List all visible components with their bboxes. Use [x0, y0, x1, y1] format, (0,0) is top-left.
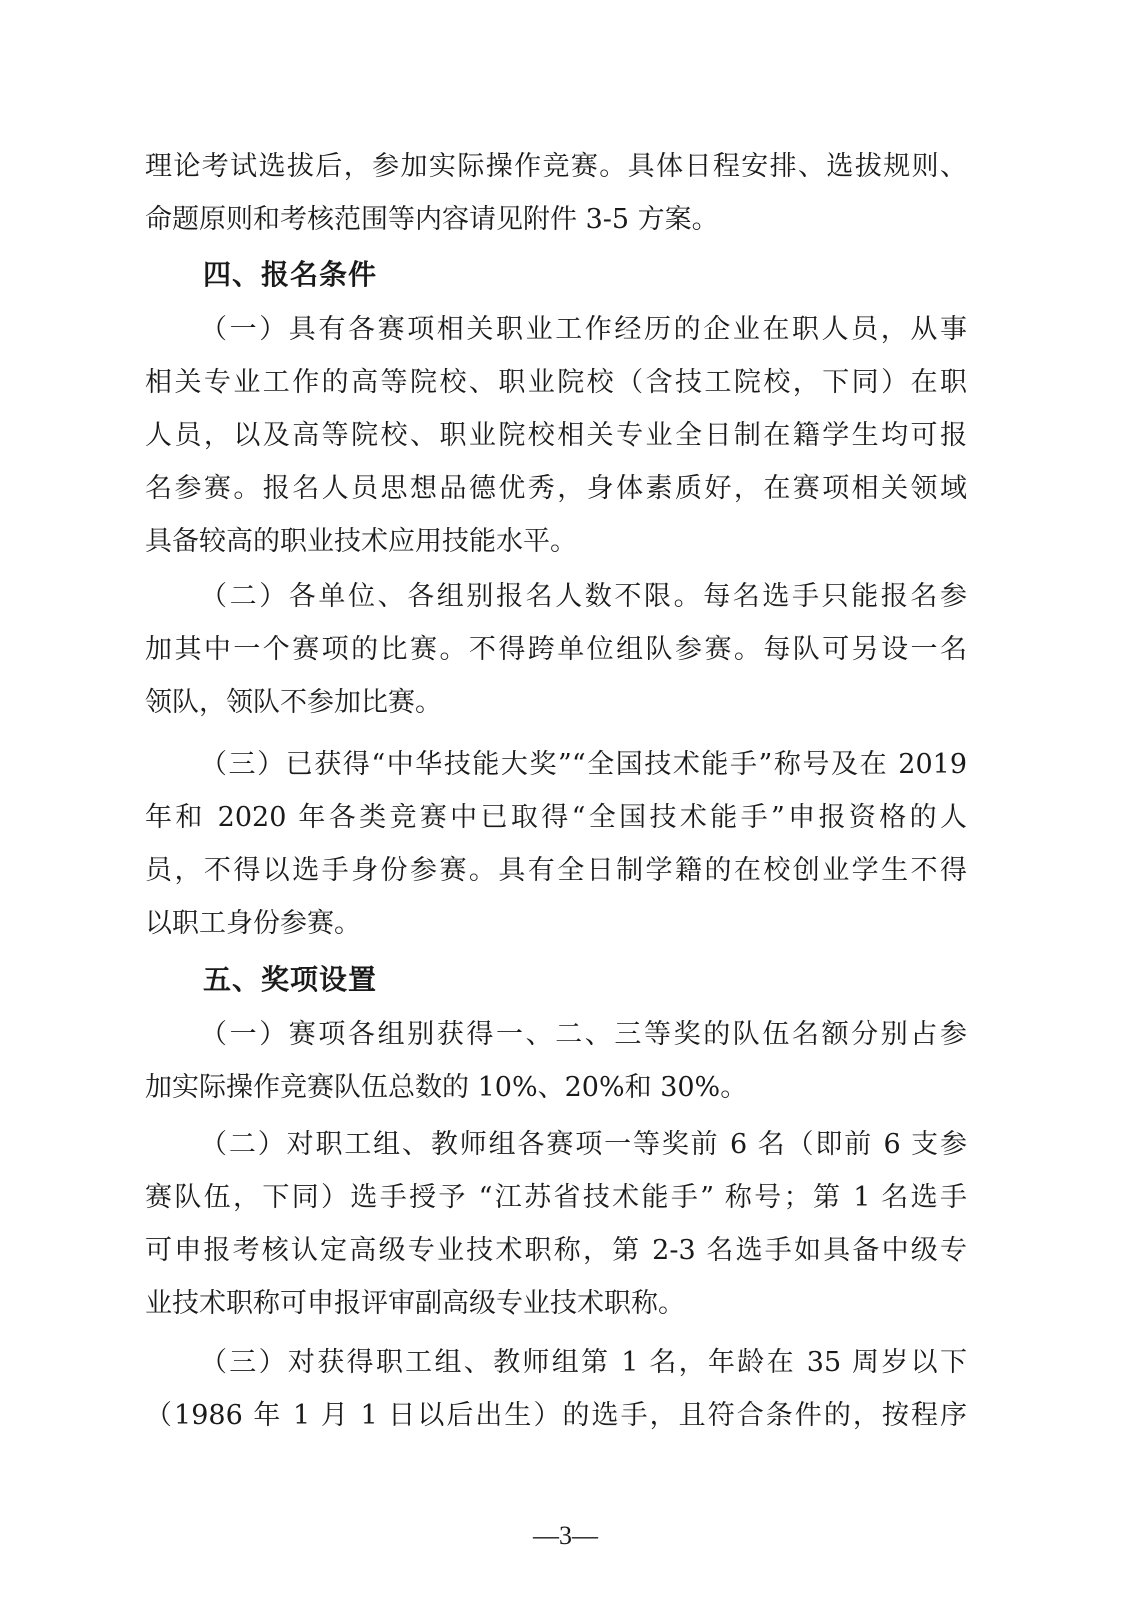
paragraph-line: 以职工身份参赛。 [145, 904, 967, 944]
paragraph-first-line: （三）对获得职工组、教师组第 1 名，年龄在 35 周岁以下 [200, 1343, 967, 1383]
paragraph-line: 命题原则和考核范围等内容请见附件 3-5 方案。 [145, 200, 967, 240]
paragraph-line: 相关专业工作的高等院校、职业院校（含技工院校，下同）在职 [145, 363, 967, 403]
paragraph-line: 人员，以及高等院校、职业院校相关专业全日制在籍学生均可报 [145, 416, 967, 456]
paragraph-first-line: （二）对职工组、教师组各赛项一等奖前 6 名（即前 6 支参 [200, 1125, 967, 1165]
paragraph-first-line: （一）赛项各组别获得一、二、三等奖的队伍名额分别占参 [200, 1015, 967, 1055]
paragraph-first-line: （一）具有各赛项相关职业工作经历的企业在职人员，从事 [200, 310, 967, 350]
paragraph-line: 员，不得以选手身份参赛。具有全日制学籍的在校创业学生不得 [145, 851, 967, 891]
paragraph-line: 加实际操作竞赛队伍总数的 10%、20%和 30%。 [145, 1068, 967, 1108]
paragraph-line: 具备较高的职业技术应用技能水平。 [145, 522, 967, 562]
paragraph-line: 名参赛。报名人员思想品德优秀，身体素质好，在赛项相关领域 [145, 469, 967, 509]
paragraph-line: 理论考试选拔后，参加实际操作竞赛。具体日程安排、选拔规则、 [145, 147, 967, 187]
paragraph-line: 领队，领队不参加比赛。 [145, 683, 967, 723]
paragraph-line: 业技术职称可申报评审副高级专业技术职称。 [145, 1284, 967, 1324]
paragraph-line: 可申报考核认定高级专业技术职称，第 2-3 名选手如具备中级专 [145, 1231, 967, 1271]
section-heading: 五、奖项设置 [203, 960, 377, 1000]
paragraph-first-line: （三）已获得“中华技能大奖”“全国技术能手”称号及在 2019 [200, 745, 967, 785]
section-heading: 四、报名条件 [203, 255, 377, 295]
paragraph-first-line: （二）各单位、各组别报名人数不限。每名选手只能报名参 [200, 577, 967, 617]
page-number: —3— [0, 1518, 1131, 1554]
paragraph-line: （1986 年 1 月 1 日以后出生）的选手，且符合条件的，按程序 [145, 1396, 967, 1436]
paragraph-line: 加其中一个赛项的比赛。不得跨单位组队参赛。每队可另设一名 [145, 630, 967, 670]
document-page: 理论考试选拔后，参加实际操作竞赛。具体日程安排、选拔规则、命题原则和考核范围等内… [0, 0, 1131, 1600]
paragraph-line: 年和 2020 年各类竞赛中已取得“全国技术能手”申报资格的人 [145, 798, 967, 838]
paragraph-line: 赛队伍，下同）选手授予 “江苏省技术能手” 称号；第 1 名选手 [145, 1178, 967, 1218]
